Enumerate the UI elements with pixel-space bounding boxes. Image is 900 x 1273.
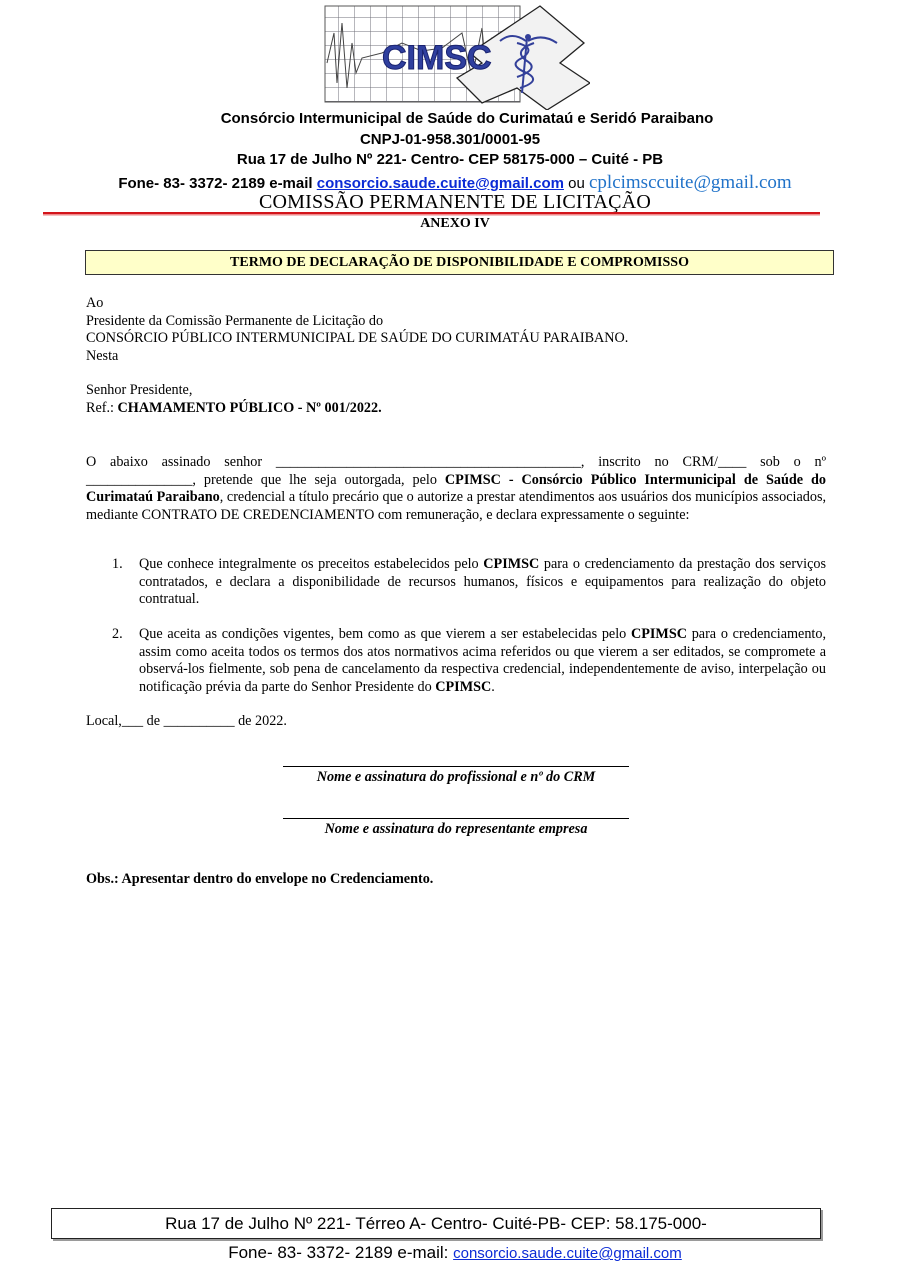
annex-label: ANEXO IV (0, 216, 900, 232)
header-divider (43, 212, 820, 214)
commission-title: COMISSÃO PERMANENTE DE LICITAÇÃO (0, 191, 900, 214)
email-link-primary[interactable]: consorcio.saude.cuite@gmail.com (317, 175, 564, 192)
svg-text:CIMSC: CIMSC (382, 39, 492, 77)
item-bold: CPIMSC (435, 679, 491, 695)
document-title: TERMO DE DECLARAÇÃO DE DISPONIBILIDADE E… (85, 250, 834, 275)
addressee-line: CONSÓRCIO PÚBLICO INTERMUNICIPAL DE SAÚD… (86, 330, 826, 348)
list-number: 2. (112, 626, 123, 644)
cimsc-logo: CIMSC (322, 3, 590, 110)
declaration-paragraph: O abaixo assinado senhor _______________… (86, 454, 826, 524)
signature-block-professional: Nome e assinatura do profissional e nº d… (283, 752, 629, 786)
or-text: ou (564, 175, 589, 192)
addressee-line: Nesta (86, 348, 826, 366)
phone-label: Fone- 83- 3372- 2189 e-mail (118, 175, 316, 192)
signature-block-representative: Nome e assinatura do representante empre… (283, 804, 629, 838)
item-bold: CPIMSC (483, 556, 539, 572)
document-title-text: TERMO DE DECLARAÇÃO DE DISPONIBILIDADE E… (230, 255, 689, 271)
addressee-line: Presidente da Comissão Permanente de Lic… (86, 313, 826, 331)
addressee-line: Ao (86, 295, 826, 313)
reference-line: Ref.: CHAMAMENTO PÚBLICO - Nº 001/2022. (86, 400, 826, 418)
cnpj: CNPJ-01-958.301/0001-95 (0, 131, 900, 148)
footer-phone: Fone- 83- 3372- 2189 e-mail: (228, 1243, 453, 1262)
addressee-block: Ao Presidente da Comissão Permanente de … (86, 295, 826, 365)
org-name: Consórcio Intermunicipal de Saúde do Cur… (17, 110, 900, 127)
item-text: . (491, 679, 495, 695)
signature-caption: Nome e assinatura do representante empre… (283, 821, 629, 838)
signature-line (283, 804, 629, 819)
list-number: 1. (112, 556, 123, 574)
item-text: Que conhece integralmente os preceitos e… (139, 556, 483, 572)
reference-label: Ref.: (86, 400, 118, 416)
observation-note: Obs.: Apresentar dentro do envelope no C… (86, 871, 433, 888)
signature-line (283, 752, 629, 767)
footer-contact: Fone- 83- 3372- 2189 e-mail: consorcio.s… (0, 1243, 900, 1263)
footer-address-box: Rua 17 de Julho Nº 221- Térreo A- Centro… (51, 1208, 821, 1239)
signature-caption: Nome e assinatura do profissional e nº d… (283, 769, 629, 786)
item-bold: CPIMSC (631, 626, 687, 642)
item-text: Que aceita as condições vigentes, bem co… (139, 626, 631, 642)
date-line: Local,___ de __________ de 2022. (86, 713, 826, 731)
footer-address: Rua 17 de Julho Nº 221- Térreo A- Centro… (165, 1214, 707, 1234)
reference-value: CHAMAMENTO PÚBLICO - Nº 001/2022. (118, 400, 382, 416)
header-address: Rua 17 de Julho Nº 221- Centro- CEP 5817… (0, 151, 900, 168)
list-item: 1. Que conhece integralmente os preceito… (112, 556, 826, 609)
salutation: Senhor Presidente, (86, 382, 826, 400)
greeting-block: Senhor Presidente, Ref.: CHAMAMENTO PÚBL… (86, 382, 826, 417)
email-link-secondary[interactable]: cplcimsccuite@gmail.com (589, 172, 792, 193)
logo-graphic: CIMSC (322, 3, 590, 110)
list-item: 2. Que aceita as condições vigentes, bem… (112, 626, 826, 696)
footer-email-link[interactable]: consorcio.saude.cuite@gmail.com (453, 1245, 682, 1262)
